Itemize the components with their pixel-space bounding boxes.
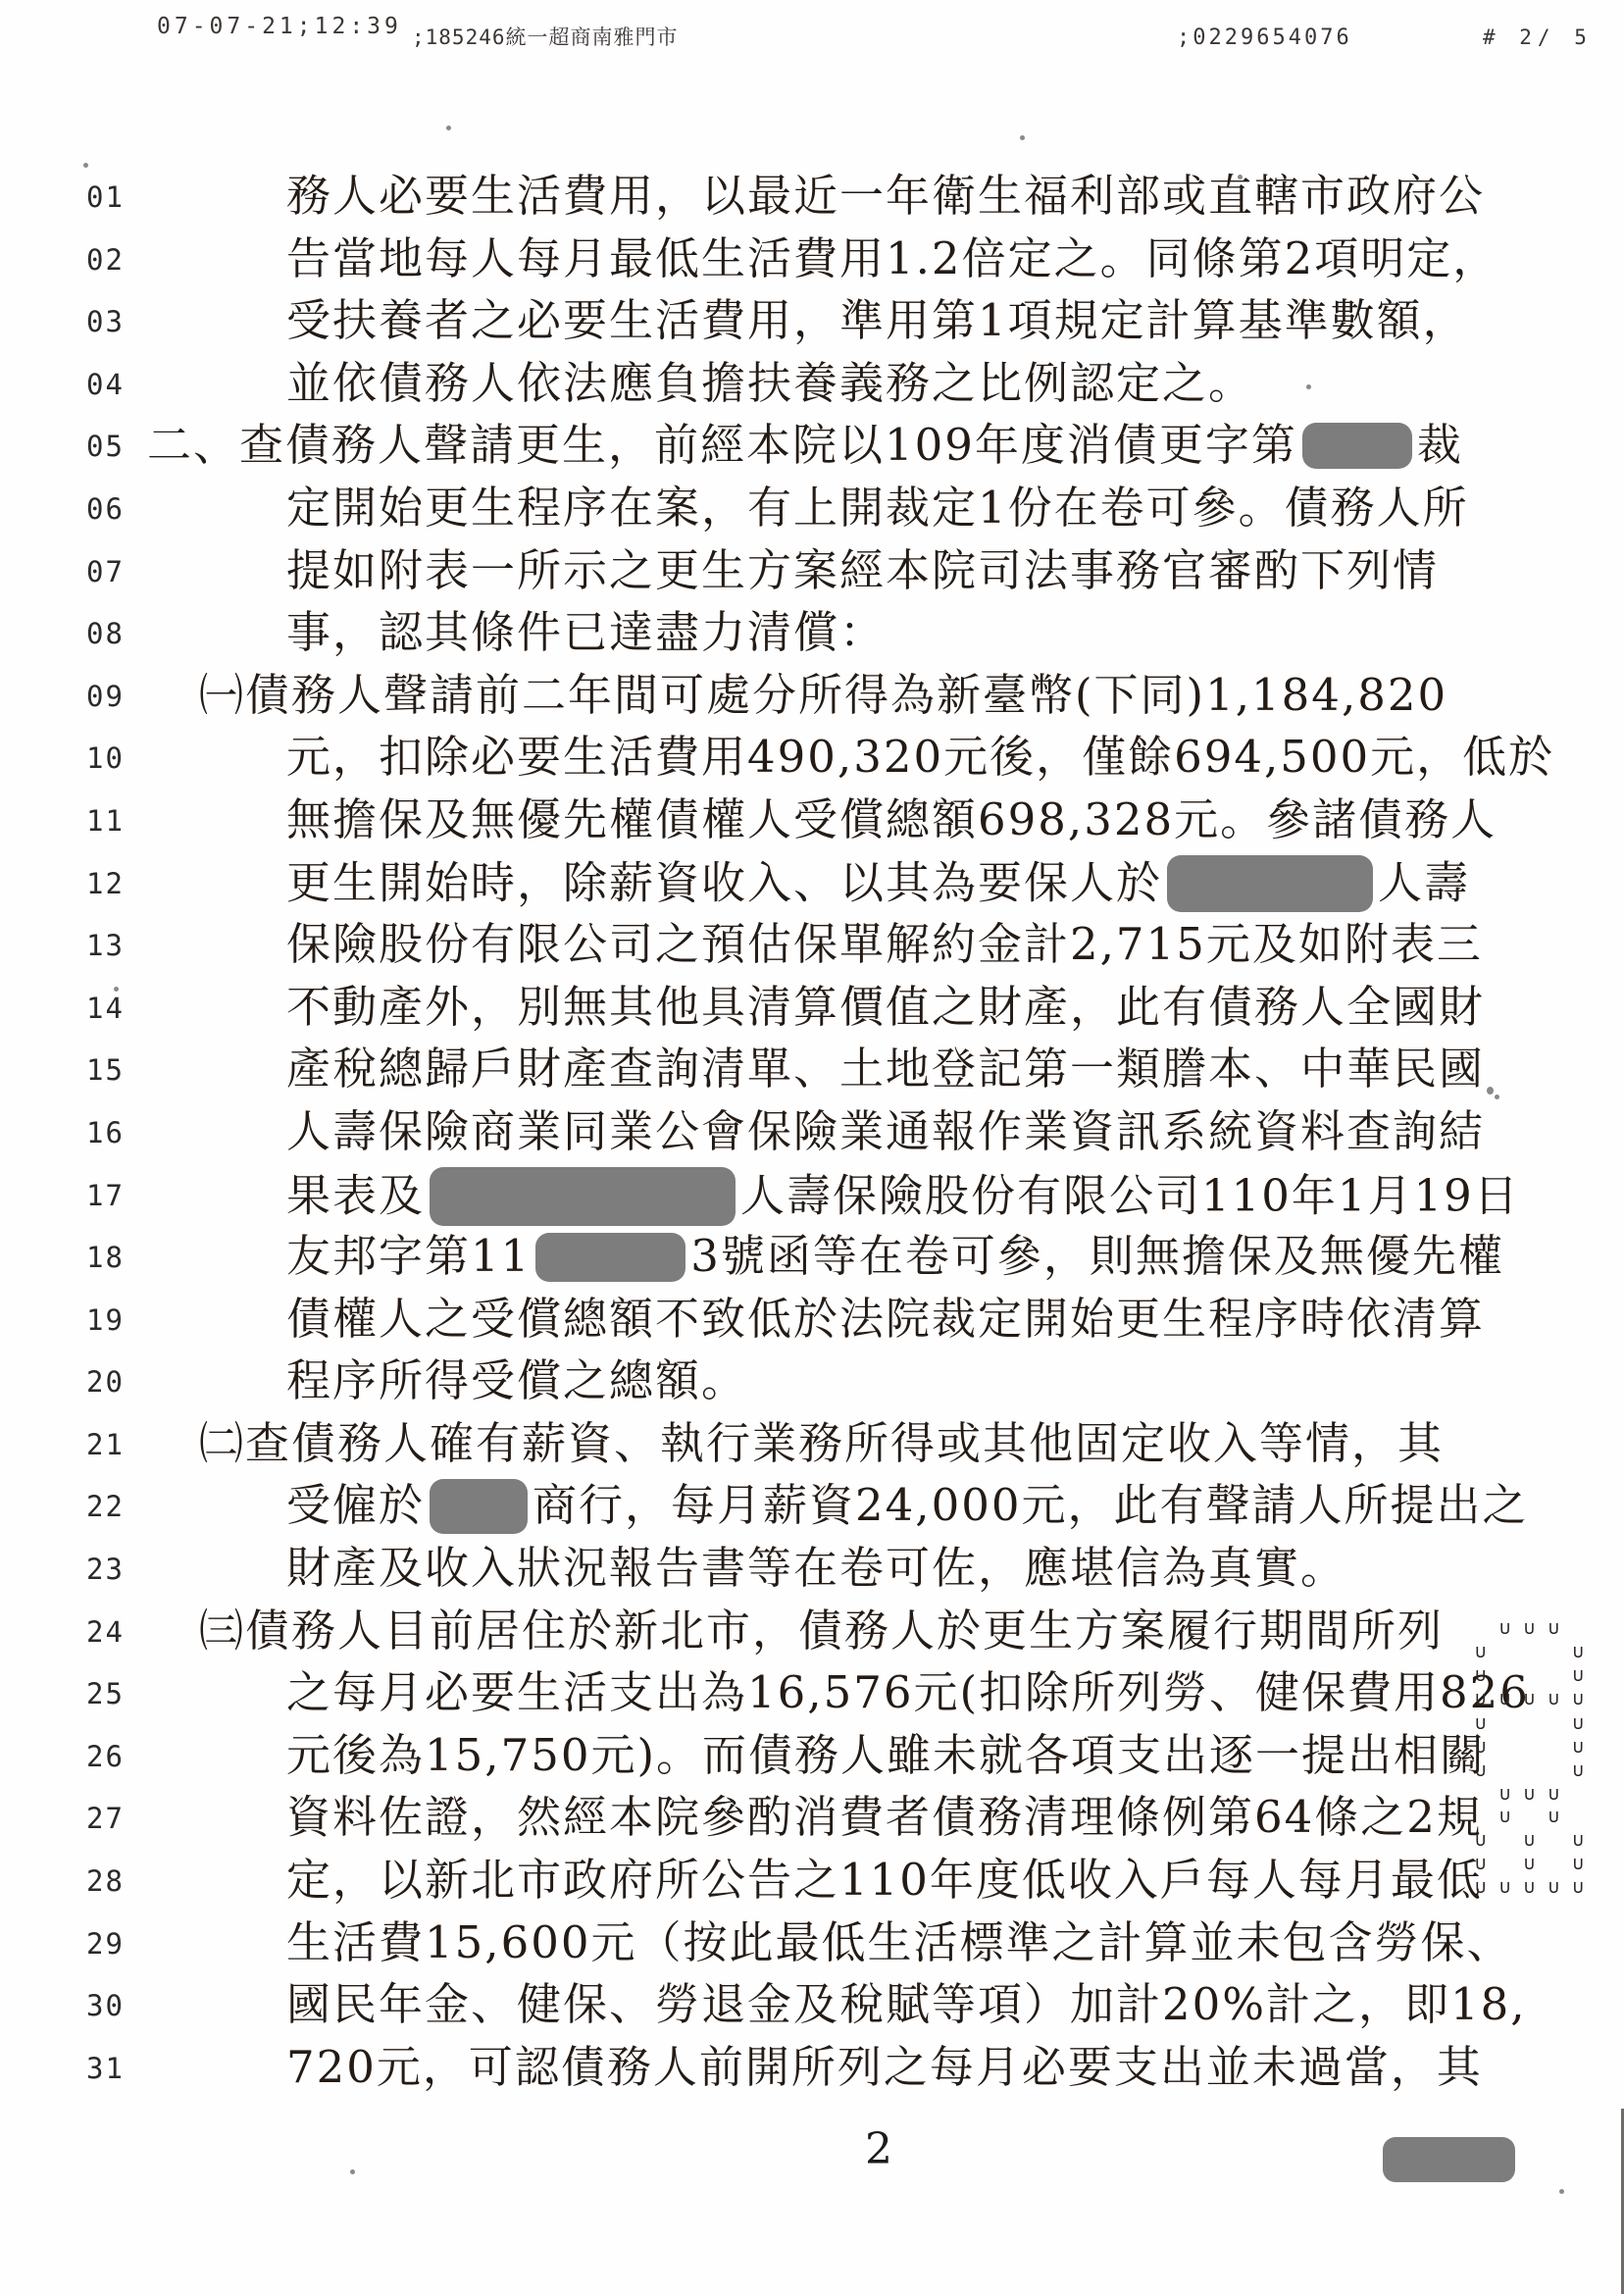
line-text: 債權人之受償總額不致低於法院裁定開始更生程序時依清算 [286, 1292, 1485, 1347]
line-text: 更生開始時，除薪資收入、以其為要保人於人壽 [286, 855, 1470, 918]
line-number: 20 [86, 1365, 125, 1399]
scan-speck [1238, 175, 1243, 179]
scan-speck [83, 163, 88, 168]
text-line: 04 並依債務人依法應負擔扶養義務之比例認定之。 [0, 352, 1624, 415]
line-text-segment: 裁 [1417, 419, 1463, 471]
line-number: 18 [86, 1241, 125, 1274]
line-text-segment: 二、查債務人聲請更生，前經本院以109年度消債更字第 [147, 419, 1297, 471]
line-text: 財產及收入狀況報告書等在卷可佐，應堪信為真實。 [286, 1541, 1346, 1596]
text-line: 31 720元，可認債務人前開所列之每月必要支出並未過當，其 [0, 2036, 1624, 2099]
text-line: 03 受扶養者之必要生活費用，準用第1項規定計算基準數額， [0, 289, 1624, 352]
line-text: 定開始更生程序在案，有上開裁定1份在卷可參。債務人所 [286, 481, 1469, 535]
line-text: 提如附表一所示之更生方案經本院司法事務官審酌下列情 [286, 543, 1439, 598]
line-number: 11 [86, 804, 125, 838]
scan-speck [1020, 135, 1025, 140]
text-line: 06 定開始更生程序在案，有上開裁定1份在卷可參。債務人所 [0, 477, 1624, 539]
line-number: 13 [86, 929, 125, 962]
text-line: 09 ㈠債務人聲請前二年間可處分所得為新臺幣(下同)1,184,820 [0, 664, 1624, 727]
line-number: 26 [86, 1740, 125, 1773]
line-number: 06 [86, 492, 125, 526]
text-line: 17 果表及人壽保險股份有限公司110年1月19日 [0, 1163, 1624, 1226]
line-text: 務人必要生活費用，以最近一年衛生福利部或直轄市政府公 [286, 169, 1485, 224]
text-line: 14 不動產外，別無其他具清算價值之財產，此有債務人全國財 [0, 976, 1624, 1039]
margin-stamp-marks: ∪ ∪ ∪ ∪ ∪ ∪ ∪ ∪ ∪ ∪ ∪ ∪ [1475, 1616, 1585, 1710]
text-line: 19 債權人之受償總額不致低於法院裁定開始更生程序時依清算 [0, 1288, 1624, 1351]
text-line: 15 產稅總歸戶財產查詢清單、土地登記第一類謄本、中華民國 [0, 1038, 1624, 1100]
scan-speck [1495, 1095, 1499, 1099]
line-text: 之每月必要生活支出為16,576元(扣除所列勞、健保費用826 [286, 1665, 1530, 1720]
page-number: 2 [865, 2124, 892, 2174]
line-text: 生活費15,600元（按此最低生活標準之計算並未包含勞保、 [286, 1915, 1512, 1970]
scan-speck [350, 2169, 355, 2174]
scan-speck [1306, 384, 1311, 389]
line-number: 24 [86, 1615, 125, 1649]
line-number: 03 [86, 305, 125, 338]
text-line: 22 受僱於商行，每月薪資24,000元，此有聲請人所提出之 [0, 1474, 1624, 1537]
fax-header-station: ;185246統一超商南雅門市 [412, 22, 679, 51]
text-line: 08 事，認其條件已達盡力清償： [0, 601, 1624, 664]
line-number: 21 [86, 1428, 125, 1461]
line-number: 07 [86, 555, 125, 588]
line-number: 25 [86, 1677, 125, 1710]
scan-speck [114, 987, 119, 992]
scanned-court-document-page: 07-07-21;12:39 ;185246統一超商南雅門市 ;02296540… [0, 0, 1624, 2294]
line-text-segment: 人壽 [1378, 856, 1470, 908]
text-line: 11 無擔保及無優先權債權人受償總額698,328元。參諸債務人 [0, 789, 1624, 851]
text-line: 13 保險股份有限公司之預估保單解約金計2,715元及如附表三 [0, 913, 1624, 976]
line-number: 12 [86, 867, 125, 900]
fax-header-timestamp: 07-07-21;12:39 [157, 14, 402, 39]
line-text-segment: 友邦字第11 [286, 1230, 531, 1282]
line-text: 元，扣除必要生活費用490,320元後，僅餘694,500元，低於 [286, 730, 1554, 785]
line-text: ㈠債務人聲請前二年間可處分所得為新臺幣(下同)1,184,820 [199, 668, 1447, 723]
text-line: 24 ㈢債務人目前居住於新北市，債務人於更生方案履行期間所列 [0, 1600, 1624, 1662]
line-number: 01 [86, 180, 125, 214]
line-text-segment: 更生開始時，除薪資收入、以其為要保人於 [286, 856, 1162, 908]
line-text-segment: 受僱於 [286, 1479, 425, 1531]
line-text: 資料佐證，然經本院參酌消費者債務清理條例第64條之2規 [286, 1790, 1483, 1845]
line-text: 產稅總歸戶財產查詢清單、土地登記第一類謄本、中華民國 [286, 1042, 1485, 1096]
fax-header-number: ;0229654076 [1177, 25, 1352, 50]
line-number: 28 [86, 1864, 125, 1898]
text-line: 26 元後為15,750元)。而債務人雖未就各項支出逐一提出相關 [0, 1724, 1624, 1787]
text-line: 21 ㈡查債務人確有薪資、執行業務所得或其他固定收入等情，其 [0, 1412, 1624, 1475]
line-number: 16 [86, 1116, 125, 1149]
line-text: 元後為15,750元)。而債務人雖未就各項支出逐一提出相關 [286, 1728, 1486, 1783]
line-text-segment: 人壽保險股份有限公司110年1月19日 [740, 1169, 1520, 1221]
line-text: 720元，可認債務人前開所列之每月必要支出並未過當，其 [286, 2040, 1483, 2095]
line-text: 二、查債務人聲請更生，前經本院以109年度消債更字第裁 [147, 418, 1463, 475]
scan-speck [1559, 2189, 1564, 2194]
margin-stamp-marks: ∪ ∪ ∪ ∪ ∪ ∪ ∪ ∪ ∪ [1475, 1711, 1585, 1806]
line-text: 保險股份有限公司之預估保單解約金計2,715元及如附表三 [286, 917, 1483, 972]
redaction-box [1383, 2137, 1515, 2182]
redaction-box [1302, 423, 1412, 469]
scan-speck [446, 126, 451, 130]
line-text: 無擔保及無優先權債權人受償總額698,328元。參諸債務人 [286, 792, 1497, 847]
line-number: 27 [86, 1802, 125, 1835]
line-text: 國民年金、健保、勞退金及稅賦等項）加計20%計之，即18, [286, 1977, 1527, 2032]
line-text: 定，以新北市政府所公告之110年度低收入戶每人每月最低 [286, 1853, 1483, 1908]
text-line: 25 之每月必要生活支出為16,576元(扣除所列勞、健保費用826 [0, 1661, 1624, 1724]
line-text: ㈡查債務人確有薪資、執行業務所得或其他固定收入等情，其 [199, 1416, 1444, 1471]
document-body: 01 務人必要生活費用，以最近一年衛生福利部或直轄市政府公 02 告當地每人每月… [0, 165, 1624, 2098]
text-line: 28 定，以新北市政府所公告之110年度低收入戶每人每月最低 [0, 1849, 1624, 1912]
line-text: ㈢債務人目前居住於新北市，債務人於更生方案履行期間所列 [199, 1604, 1444, 1658]
line-text: 告當地每人每月最低生活費用1.2倍定之。同條第2項明定， [286, 231, 1498, 286]
line-text: 程序所得受償之總額。 [286, 1353, 747, 1408]
fax-header-page-indicator: # 2/ 5 [1483, 25, 1593, 49]
line-text: 受僱於商行，每月薪資24,000元，此有聲請人所提出之 [286, 1478, 1528, 1540]
line-number: 19 [86, 1303, 125, 1337]
text-line: 05 二、查債務人聲請更生，前經本院以109年度消債更字第裁 [0, 414, 1624, 477]
line-number: 31 [86, 2052, 125, 2085]
line-number: 05 [86, 430, 125, 463]
line-number: 23 [86, 1553, 125, 1586]
text-line: 02 告當地每人每月最低生活費用1.2倍定之。同條第2項明定， [0, 228, 1624, 290]
text-line: 29 生活費15,600元（按此最低生活標準之計算並未包含勞保、 [0, 1912, 1624, 1974]
text-line: 10 元，扣除必要生活費用490,320元後，僅餘694,500元，低於 [0, 726, 1624, 789]
text-line: 16 人壽保險商業同業公會保險業通報作業資訊系統資料查詢結 [0, 1100, 1624, 1163]
scan-speck [1487, 1087, 1494, 1095]
line-number: 17 [86, 1179, 125, 1212]
line-number: 14 [86, 992, 125, 1025]
text-line: 12 更生開始時，除薪資收入、以其為要保人於人壽 [0, 851, 1624, 914]
line-text: 並依債務人依法應負擔扶養義務之比例認定之。 [286, 356, 1254, 411]
redaction-box [1167, 855, 1373, 912]
line-text: 果表及人壽保險股份有限公司110年1月19日 [286, 1167, 1520, 1232]
text-line: 23 財產及收入狀況報告書等在卷可佐，應堪信為真實。 [0, 1537, 1624, 1600]
line-number: 09 [86, 680, 125, 713]
line-number: 04 [86, 368, 125, 401]
text-line: 18 友邦字第113號函等在卷可參，則無擔保及無優先權 [0, 1225, 1624, 1288]
line-text-segment: 商行，每月薪資24,000元，此有聲請人所提出之 [533, 1479, 1528, 1531]
line-text: 事，認其條件已達盡力清償： [286, 605, 886, 660]
redaction-box [430, 1479, 528, 1534]
text-line: 27 資料佐證，然經本院參酌消費者債務清理條例第64條之2規 [0, 1786, 1624, 1849]
line-number: 15 [86, 1053, 125, 1087]
text-line: 20 程序所得受償之總額。 [0, 1350, 1624, 1412]
line-text-segment: 3號函等在卷可參，則無擔保及無優先權 [690, 1230, 1504, 1282]
text-line: 30 國民年金、健保、勞退金及稅賦等項）加計20%計之，即18, [0, 1973, 1624, 2036]
line-text: 人壽保險商業同業公會保險業通報作業資訊系統資料查詢結 [286, 1104, 1485, 1159]
margin-stamp-marks: ∪ ∪ ∪ ∪ ∪ ∪ ∪ ∪ ∪ ∪ ∪ ∪ ∪ [1475, 1805, 1585, 1899]
line-number: 10 [86, 741, 125, 775]
line-text: 友邦字第113號函等在卷可參，則無擔保及無優先權 [286, 1229, 1504, 1288]
line-text: 受扶養者之必要生活費用，準用第1項規定計算基準數額， [286, 293, 1469, 348]
text-line: 01 務人必要生活費用，以最近一年衛生福利部或直轄市政府公 [0, 165, 1624, 228]
text-line: 07 提如附表一所示之更生方案經本院司法事務官審酌下列情 [0, 539, 1624, 602]
line-number: 22 [86, 1490, 125, 1523]
line-number: 08 [86, 617, 125, 650]
redaction-box [535, 1233, 685, 1282]
line-text-segment: 果表及 [286, 1169, 425, 1221]
line-number: 02 [86, 243, 125, 277]
redaction-box [430, 1167, 736, 1226]
line-number: 30 [86, 1989, 125, 2022]
line-number: 29 [86, 1927, 125, 1961]
line-text: 不動產外，別無其他具清算價值之財產，此有債務人全國財 [286, 980, 1485, 1035]
